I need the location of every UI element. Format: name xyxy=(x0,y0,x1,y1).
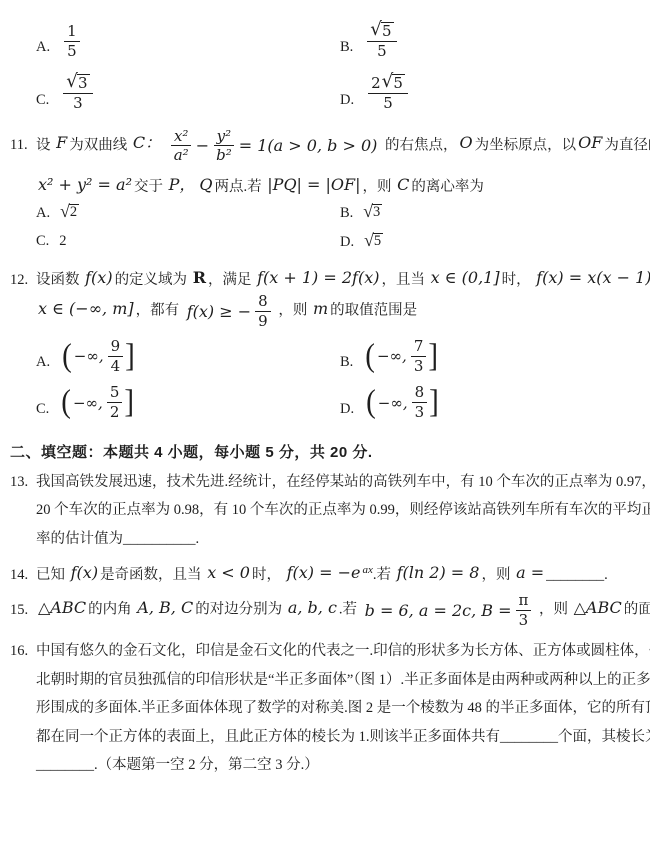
interval: ( −∞, 5 2 ] xyxy=(61,384,134,421)
math-run: f(x) xyxy=(69,563,100,582)
option-label-b: B. xyxy=(340,354,353,371)
question-12-line-1: 12.设函数 f(x)的定义域为 R，满足 f(x + 1) = 2f(x)，且… xyxy=(36,268,642,289)
math-run: f(x) ≥ − xyxy=(185,302,253,321)
hyperbola-equation: x² a² − y² b² = 1(a > 0, b > 0) xyxy=(167,128,382,165)
fraction-numerator: 5 xyxy=(107,384,123,403)
fraction-numerator: 8 xyxy=(255,293,271,312)
close-bracket: ] xyxy=(429,386,439,418)
math-run: x ∈ (−∞, m] xyxy=(36,299,136,318)
math-run: f(ln 2) = 8 xyxy=(395,563,482,582)
question-16: 16.中国有悠久的金石文化，印信是金石文化的代表之一.印信的形状多为长方体、正方… xyxy=(10,637,642,780)
math-run: f(x + 1) = 2f(x) xyxy=(255,268,381,287)
text-run: 都在同一个正方体的表面上，且此正方体的棱长为 1.则该半正多面体共有 xyxy=(36,729,500,745)
section-2-header: 二、填空题：本题共 4 小题，每小题 5 分，共 20 分. xyxy=(10,441,642,462)
math-run: C xyxy=(395,175,411,194)
coefficient: 2 xyxy=(371,75,382,92)
math-run: f(x) xyxy=(83,268,114,287)
fraction-denominator: 9 xyxy=(255,312,271,330)
triangle-abc: △ABC xyxy=(36,598,88,617)
option-10-b: B. √ 5 5 xyxy=(340,22,642,59)
question-number: 16. xyxy=(10,637,36,666)
text-run: . xyxy=(604,567,608,583)
math-run: x² + y² = a² xyxy=(36,175,134,194)
option-label-b: B. xyxy=(340,39,353,56)
text-run: 为直径的圆与圆 xyxy=(604,137,650,153)
option-10-c: C. √ 3 3 xyxy=(36,74,340,111)
math-run: f(x) = −e xyxy=(285,563,363,582)
question-16-line-1: 16.中国有悠久的金石文化，印信是金石文化的代表之一.印信的形状多为长方体、正方… xyxy=(36,637,642,666)
option-11-a: A. √ 2 xyxy=(36,204,340,225)
option-label-d: D. xyxy=(340,401,354,418)
text-run: ，则 xyxy=(278,303,307,319)
math-run: x ∈ (0,1] xyxy=(429,268,502,287)
option-12-d: D. ( −∞, 8 3 ] xyxy=(340,384,642,421)
fraction-denominator: 5 xyxy=(64,42,80,60)
text-run: .（本题第一空 2 分，第二空 3 分.） xyxy=(94,757,319,773)
interval: ( −∞, 9 4 ] xyxy=(62,338,135,375)
math-run: a = xyxy=(514,563,546,582)
option-11-b: B. √ 3 xyxy=(340,204,642,225)
open-paren: ( xyxy=(61,386,71,418)
option-11-c: C. 2 xyxy=(36,233,340,254)
math-run: Q xyxy=(197,175,214,194)
answer-blank: ________ xyxy=(546,567,604,583)
question-14-line-1: 14.已知 f(x)是奇函数，且当 x < 0时， f(x) = −eax.若 … xyxy=(36,563,642,584)
text-run: . xyxy=(196,531,200,547)
math-run: x < 0 xyxy=(205,563,252,582)
text-run: ，且当 xyxy=(381,272,425,288)
radicand: 5 xyxy=(392,74,405,92)
radicand: 5 xyxy=(373,233,383,250)
exponent: ax xyxy=(362,565,372,577)
exam-page: A. 1 5 B. √ 5 5 C. xyxy=(0,0,650,854)
question-13-line-1: 13.我国高铁发展迅速，技术先进.经统计，在经停某站的高铁列车中，有 10 个车… xyxy=(36,468,642,497)
text-run: 两点.若 xyxy=(215,179,262,195)
question-11-line-1: 11.设 F为双曲线 C： x² a² − y² b² = 1(a > 0, b… xyxy=(36,128,642,165)
minus-operator: − xyxy=(194,136,211,155)
fraction-denominator: 3 xyxy=(516,611,532,629)
question-10-options: A. 1 5 B. √ 5 5 C. xyxy=(36,22,642,112)
text-run: 20 个车次的正点率为 0.98，有 10 个车次的正点率为 0.99，则经停该… xyxy=(36,502,650,518)
option-12-b: B. ( −∞, 7 3 ] xyxy=(340,338,642,375)
question-12-options: A. ( −∞, 9 4 ] B. ( −∞, 7 xyxy=(36,338,642,421)
fraction-numerator: y² xyxy=(214,128,235,147)
text-run: 个面，其棱长为 xyxy=(558,729,650,745)
fraction-numerator: √ 3 xyxy=(63,74,92,94)
option-label-c: C. xyxy=(36,233,49,250)
fraction: π 3 xyxy=(514,592,534,629)
fraction-denominator: 5 xyxy=(380,94,396,112)
open-paren: ( xyxy=(62,340,72,372)
square-root: √ 5 xyxy=(382,74,405,92)
option-label-c: C. xyxy=(36,401,49,418)
question-number: 14. xyxy=(10,567,36,584)
question-12: 12.设函数 f(x)的定义域为 R，满足 f(x + 1) = 2f(x)，且… xyxy=(10,268,642,421)
radicand: 5 xyxy=(381,22,394,40)
math-run: −∞, xyxy=(72,347,106,365)
fraction: √ 5 5 xyxy=(365,22,398,59)
text-run: 我国高铁发展迅速，技术先进.经统计，在经停某站的高铁列车中，有 10 个车次的正… xyxy=(36,474,650,490)
option-label-a: A. xyxy=(36,354,50,371)
radicand: 3 xyxy=(77,74,90,92)
math-run: F xyxy=(54,133,69,152)
text-run: 为双曲线 xyxy=(69,137,127,153)
close-bracket: ] xyxy=(428,340,438,372)
text-run: 时， xyxy=(502,272,531,288)
fraction-denominator: 3 xyxy=(70,94,86,112)
text-run: 的内角 xyxy=(88,602,132,618)
fraction: 7 3 xyxy=(409,338,429,375)
question-11-options: A. √ 2 B. √ 3 C. 2 D. √ xyxy=(36,204,642,254)
option-label-d: D. xyxy=(340,92,354,109)
math-run: C： xyxy=(131,133,163,152)
fraction-denominator: 3 xyxy=(411,357,427,375)
radicand: 3 xyxy=(372,204,382,221)
open-paren: ( xyxy=(365,340,375,372)
math-run: |PQ| = |OF| xyxy=(265,175,362,194)
fraction: x² a² xyxy=(169,128,194,165)
question-number: 11. xyxy=(10,137,36,154)
open-paren: ( xyxy=(366,386,376,418)
question-11: 11.设 F为双曲线 C： x² a² − y² b² = 1(a > 0, b… xyxy=(10,128,642,255)
text-run: 率的估计值为 xyxy=(36,531,123,547)
question-number: 13. xyxy=(10,468,36,497)
option-label-c: C. xyxy=(36,92,49,109)
fraction: 8 9 xyxy=(253,293,273,330)
fraction-numerator: 8 xyxy=(412,384,428,403)
text-run: 设函数 xyxy=(36,272,80,288)
square-root: √ 2 xyxy=(60,204,79,221)
option-10-d: D. 2 √ 5 5 xyxy=(340,74,642,111)
question-number: 12. xyxy=(10,272,36,289)
fraction-denominator: 2 xyxy=(107,403,123,421)
text-run: 中国有悠久的金石文化，印信是金石文化的代表之一.印信的形状多为长方体、正方体或圆… xyxy=(36,643,650,659)
math-run: P， xyxy=(167,175,198,194)
text-run: 是奇函数，且当 xyxy=(100,567,202,583)
option-label-a: A. xyxy=(36,205,50,222)
text-run: .若 xyxy=(339,602,357,618)
close-bracket: ] xyxy=(124,386,134,418)
question-13-line-3: 率的估计值为__________. xyxy=(36,525,642,554)
text-run: 为坐标原点，以 xyxy=(475,137,577,153)
text-run: 交于 xyxy=(134,179,163,195)
text-run: 的定义域为 xyxy=(115,272,188,288)
fraction-numerator: π xyxy=(516,592,532,611)
fraction: 2 √ 5 5 xyxy=(366,74,410,111)
fraction-denominator: a² xyxy=(171,146,192,164)
text-run: ，则 xyxy=(363,179,392,195)
text-run: 的面积为 xyxy=(624,602,650,618)
math-run: −∞, xyxy=(375,347,409,365)
math-run: −∞, xyxy=(71,394,105,412)
option-12-c: C. ( −∞, 5 2 ] xyxy=(36,384,340,421)
question-16-line-2: 北朝时期的官员独孤信的印信形状是“半正多面体”（图 1）.半正多面体是由两种或两… xyxy=(36,666,642,695)
option-label-d: D. xyxy=(340,234,354,251)
math-run: OF xyxy=(576,133,604,152)
fraction-denominator: 5 xyxy=(374,42,390,60)
option-label-a: A. xyxy=(36,39,50,56)
close-bracket: ] xyxy=(125,340,135,372)
text-run: 已知 xyxy=(36,567,65,583)
option-10-a: A. 1 5 xyxy=(36,22,340,59)
math-run: A, B, C xyxy=(135,598,195,617)
fraction: y² b² xyxy=(211,128,237,165)
fraction: 9 4 xyxy=(106,338,126,375)
math-run: m xyxy=(311,299,330,318)
fraction-numerator: √ 5 xyxy=(367,22,396,42)
fraction: 8 3 xyxy=(410,384,430,421)
fraction-numerator: 9 xyxy=(108,338,124,357)
fraction-numerator: 7 xyxy=(411,338,427,357)
square-root: √ 5 xyxy=(364,233,383,250)
question-16-line-5: ________.（本题第一空 2 分，第二空 3 分.） xyxy=(36,751,642,780)
question-11-line-2: x² + y² = a²交于 P，Q两点.若 |PQ| = |OF|，则 C的离… xyxy=(36,172,642,196)
square-root: √ 3 xyxy=(66,74,89,92)
radicand: 2 xyxy=(69,204,79,221)
text-run: 形围成的多面体.半正多面体体现了数学的对称美.图 2 是一个棱数为 48 的半正… xyxy=(36,700,650,716)
fraction-denominator: 4 xyxy=(108,357,124,375)
math-run: b = 6, a = 2c, B = xyxy=(363,601,514,620)
fraction-denominator: b² xyxy=(213,146,235,164)
option-label-b: B. xyxy=(340,205,353,222)
answer-blank: ________ xyxy=(36,757,94,773)
answer-blank: __________ xyxy=(123,531,196,547)
text-run: ，则 xyxy=(539,602,568,618)
math-run: = 1(a > 0, b > 0) xyxy=(237,136,380,155)
math-run: f(x) = x(x − 1) xyxy=(534,268,650,287)
fraction-numerator: 1 xyxy=(64,23,80,42)
fraction: 1 5 xyxy=(62,23,82,60)
text-run: 的取值范围是 xyxy=(330,303,417,319)
square-root: √ 3 xyxy=(363,204,382,221)
question-14: 14.已知 f(x)是奇函数，且当 x < 0时， f(x) = −eax.若 … xyxy=(10,563,642,584)
text-run: ，满足 xyxy=(208,272,252,288)
fraction-denominator: 3 xyxy=(412,403,428,421)
exponential-expression: f(x) = −eax xyxy=(285,567,373,583)
text-run: 北朝时期的官员独孤信的印信形状是“半正多面体”（图 1）.半正多面体是由两种或两… xyxy=(36,672,650,688)
math-run: a, b, c xyxy=(286,598,339,617)
text-run: 的右焦点， xyxy=(385,137,458,153)
text-run: 的对边分别为 xyxy=(195,602,282,618)
fraction: 5 2 xyxy=(105,384,125,421)
text-run: ，都有 xyxy=(136,303,180,319)
question-15-line-1: 15.△ABC的内角 A, B, C的对边分别为 a, b, c.若 b = 6… xyxy=(36,592,642,629)
question-13-line-2: 20 个车次的正点率为 0.98，有 10 个车次的正点率为 0.99，则经停该… xyxy=(36,496,642,525)
interval: ( −∞, 8 3 ] xyxy=(366,384,439,421)
math-run: R xyxy=(191,268,208,287)
math-run: O xyxy=(457,133,474,152)
question-number: 15. xyxy=(10,602,36,619)
option-11-d: D. √ 5 xyxy=(340,233,642,254)
math-run: −∞, xyxy=(376,394,410,412)
fraction-numerator: x² xyxy=(171,128,191,147)
square-root: √ 5 xyxy=(370,22,393,40)
text-run: 的离心率为 xyxy=(411,179,484,195)
fraction-numerator: 2 √ 5 xyxy=(368,74,408,94)
text-run: ，则 xyxy=(481,567,510,583)
question-16-line-4: 都在同一个正方体的表面上，且此正方体的棱长为 1.则该半正多面体共有______… xyxy=(36,723,642,752)
interval: ( −∞, 7 3 ] xyxy=(365,338,438,375)
given-conditions: b = 6, a = 2c, B = π 3 xyxy=(361,592,536,629)
fraction: √ 3 3 xyxy=(61,74,94,111)
triangle-abc: △ABC xyxy=(572,598,624,617)
option-value: 2 xyxy=(59,233,66,250)
text-run: 设 xyxy=(36,137,51,153)
question-15: 15.△ABC的内角 A, B, C的对边分别为 a, b, c.若 b = 6… xyxy=(10,592,642,629)
answer-blank: ________ xyxy=(500,729,558,745)
text-run: .若 xyxy=(373,567,391,583)
option-12-a: A. ( −∞, 9 4 ] xyxy=(36,338,340,375)
question-16-line-3: 形围成的多面体.半正多面体体现了数学的对称美.图 2 是一个棱数为 48 的半正… xyxy=(36,694,642,723)
question-13: 13.我国高铁发展迅速，技术先进.经统计，在经停某站的高铁列车中，有 10 个车… xyxy=(10,468,642,554)
question-12-line-2: x ∈ (−∞, m]，都有 f(x) ≥ − 8 9 ，则 m的取值范围是 xyxy=(36,293,642,330)
text-run: 时， xyxy=(252,567,281,583)
inequality: f(x) ≥ − 8 9 xyxy=(183,293,275,330)
